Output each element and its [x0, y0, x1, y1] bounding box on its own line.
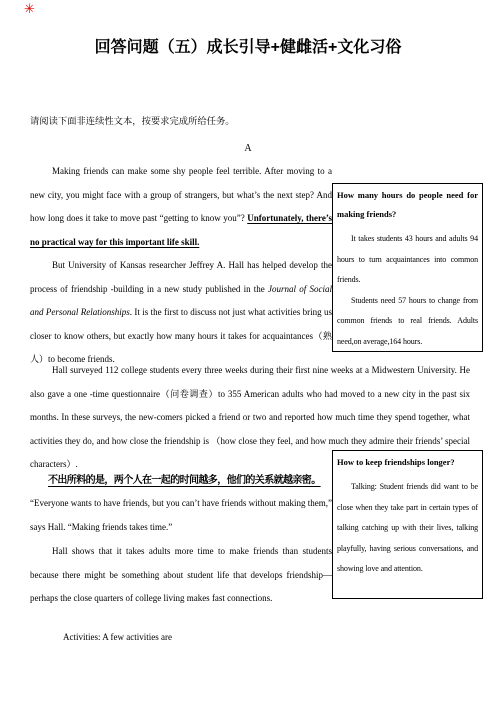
passage-paragraph-1: Making friends can make some shy people …: [30, 160, 332, 254]
info-box-2-paragraph-1: Talking: Student friends did want to be …: [337, 477, 478, 580]
info-box-1-paragraph-2: Students need 57 hours to change from co…: [337, 291, 478, 353]
passage-paragraph-5: Hall shows that it takes adults more tim…: [30, 540, 332, 611]
page-title: 回答问题（五）成长引导+健雌活+文化习俗: [0, 34, 496, 57]
info-box-hours-needed: How many hours do people need for making…: [332, 183, 483, 352]
passage-paragraph-2: But University of Kansas researcher Jeff…: [30, 254, 332, 372]
page-title-main: 成长引导+健雌活+文化习俗: [207, 39, 402, 56]
info-box-keep-friendships: How to keep friendships longer? Talking:…: [332, 450, 483, 599]
passage-paragraph-4-chinese-emphasis: 不出所料的是，两个人在一起的时间越多，他们的关系就越亲密。: [30, 469, 332, 493]
task-instruction: 请阅读下面非连续性文本，按要求完成所给任务。: [30, 113, 235, 127]
info-box-1-title: How many hours do people need for making…: [337, 186, 478, 224]
page-title-prefix: 回答问题（五）: [95, 39, 207, 56]
document-page: ✳ 回答问题（五）成长引导+健雌活+文化习俗 请阅读下面非连续性文本，按要求完成…: [0, 0, 496, 702]
info-box-2-title: How to keep friendships longer?: [337, 453, 478, 472]
red-asterisk-marker: ✳: [24, 2, 35, 17]
section-label-a: A: [0, 143, 496, 154]
info-box-1-paragraph-1: It takes students 43 hours and adults 94…: [337, 229, 478, 291]
activities-line: Activities: A few activities are: [30, 626, 332, 650]
passage-paragraph-4-quote: “Everyone wants to have friends, but you…: [30, 492, 332, 539]
